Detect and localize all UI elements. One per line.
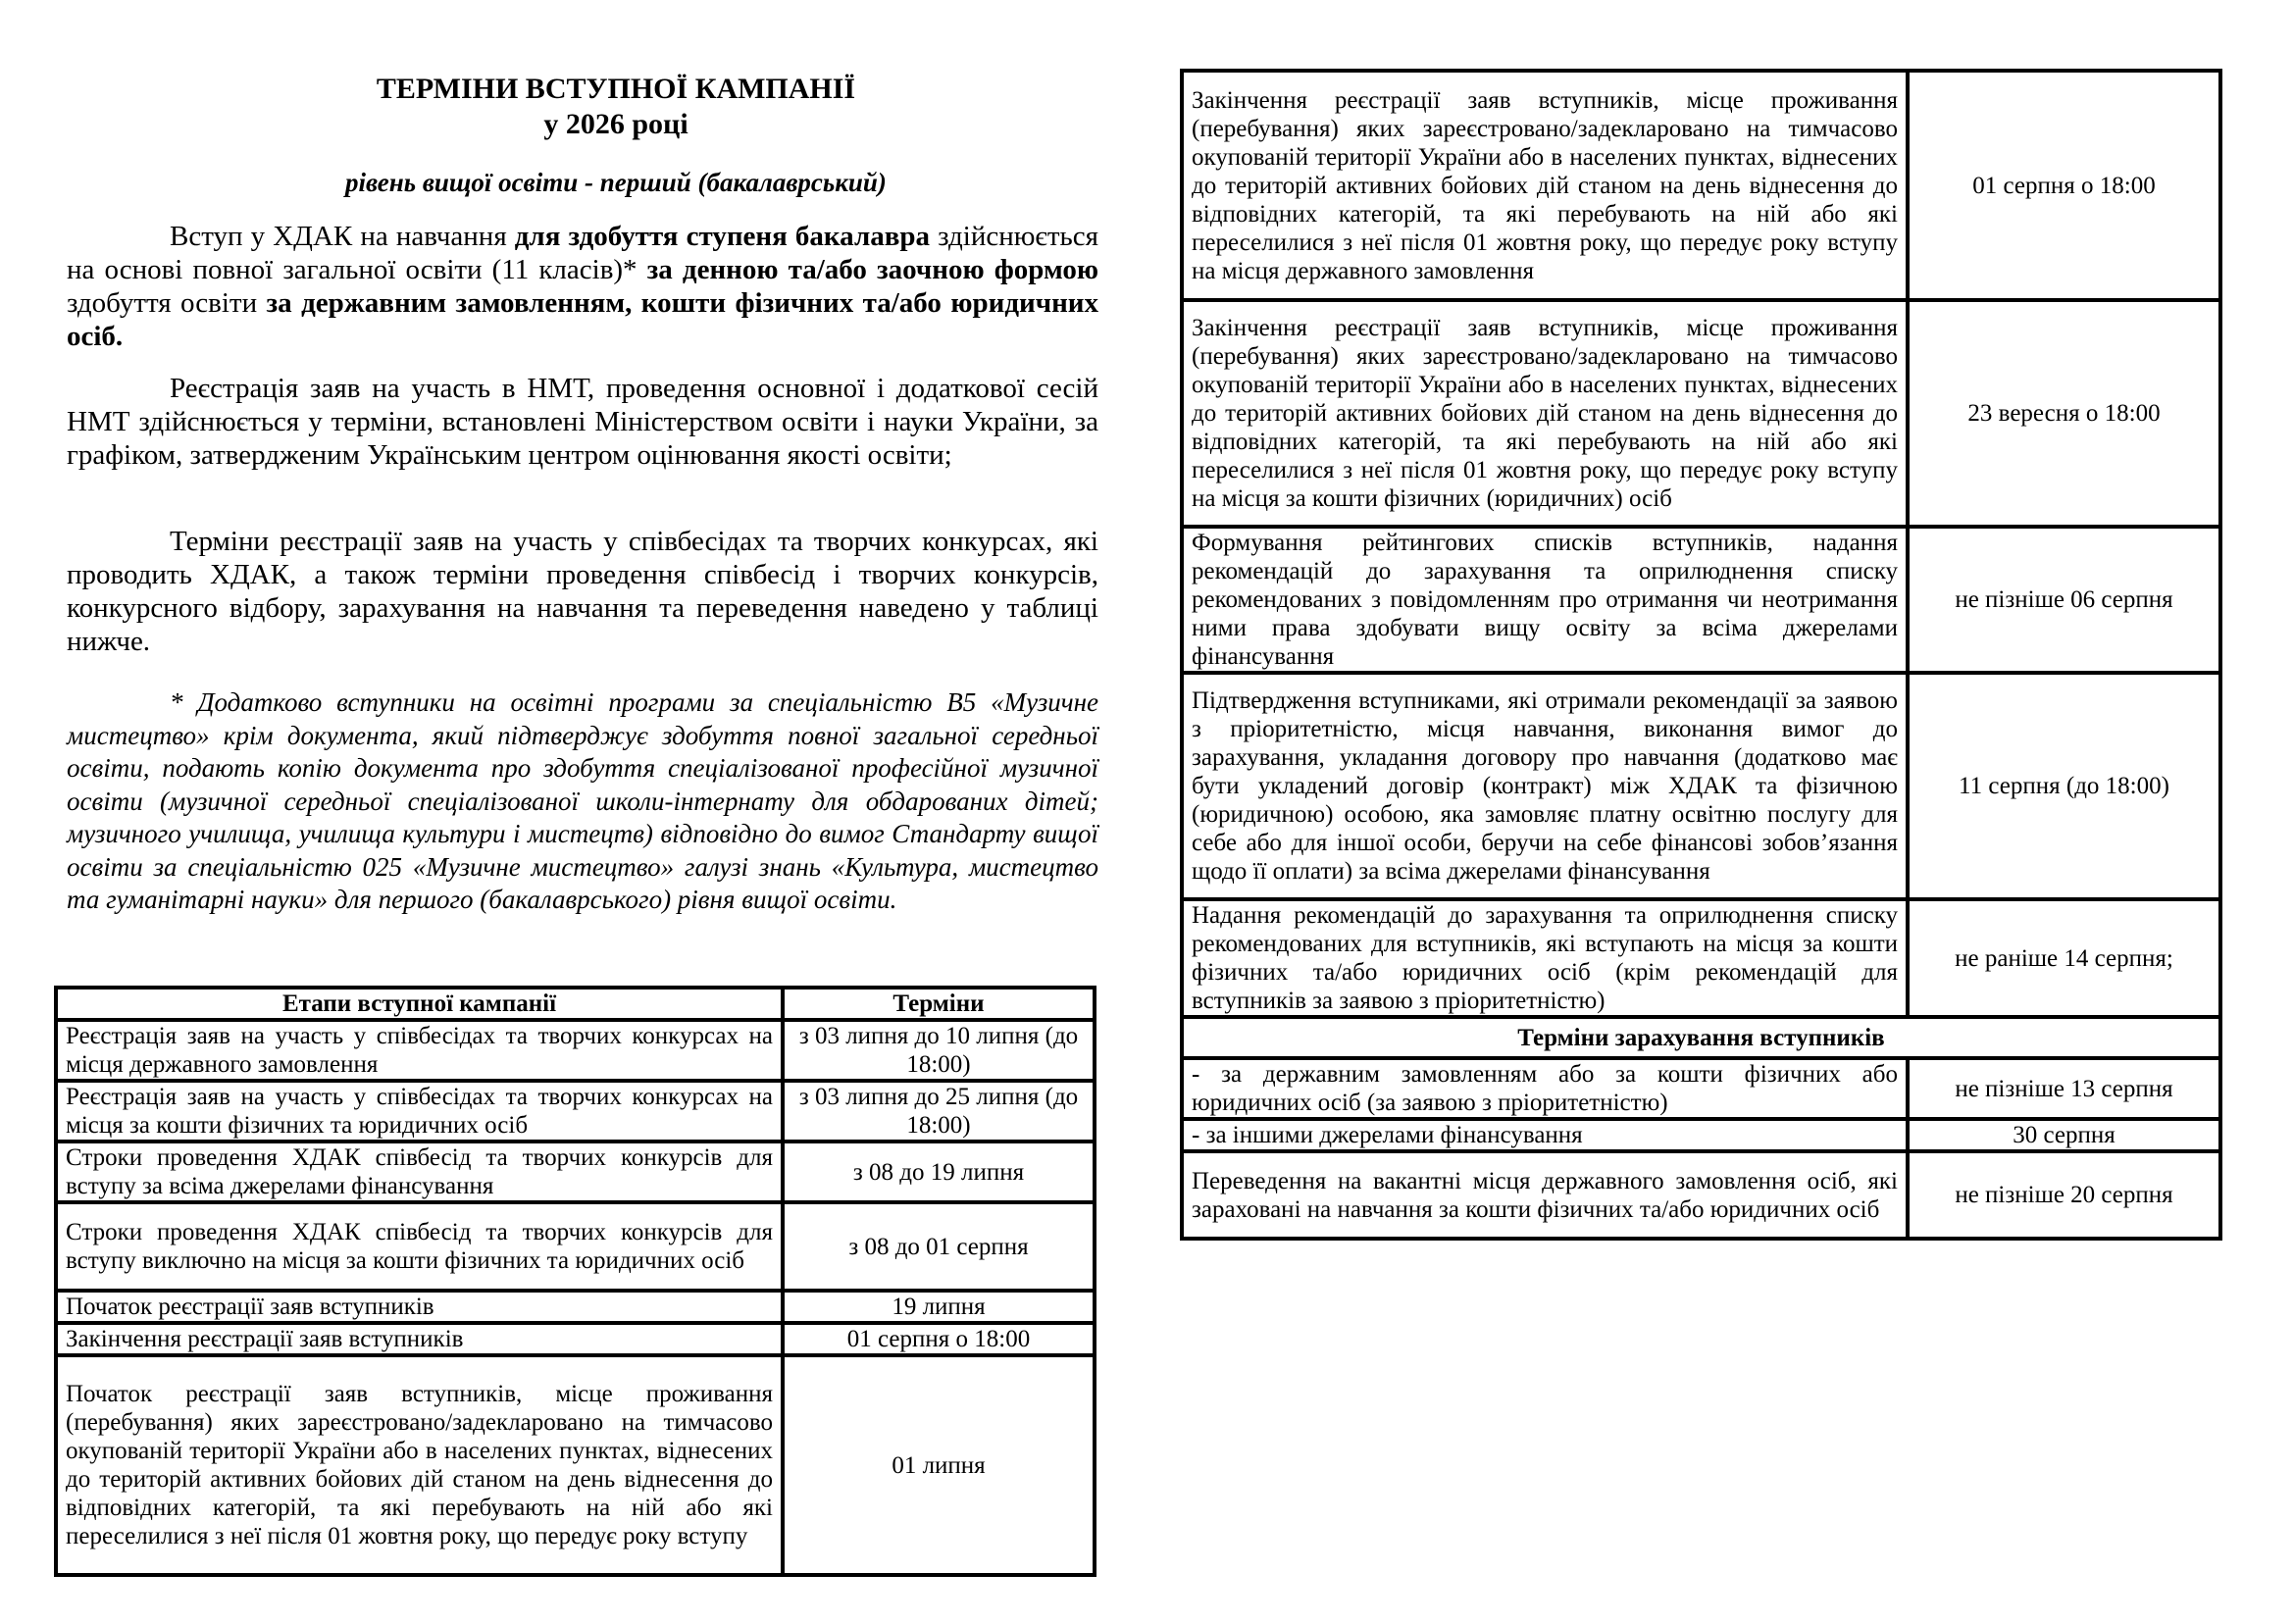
stage-cell: Формування рейтингових списків вступникі… (1182, 527, 1908, 673)
term-cell: 01 серпня о 18:00 (783, 1323, 1095, 1355)
admission-stages-table: Етапи вступної кампанії Терміни Реєстрац… (54, 986, 1096, 1577)
term-cell: з 03 липня до 25 липня (до 18:00) (783, 1081, 1095, 1142)
term-cell: не раніше 14 серпня; (1908, 899, 2220, 1017)
document-title-year: у 2026 році (67, 108, 1165, 141)
footnote: * Додатково вступники на освітні програм… (67, 686, 1098, 917)
stage-cell: - за державним замовленням або за кошти … (1182, 1058, 1908, 1119)
stage-cell: - за іншими джерелами фінансування (1182, 1119, 1908, 1151)
stage-cell: Підтвердження вступниками, які отримали … (1182, 673, 1908, 899)
admission-stages-table-continued: Закінчення реєстрації заяв вступників, м… (1180, 69, 2222, 1241)
table-row: Переведення на вакантні місця державного… (1182, 1151, 2220, 1239)
table-header-row: Етапи вступної кампанії Терміни (56, 988, 1095, 1020)
table-row: Початок реєстрації заяв вступників, місц… (56, 1355, 1095, 1575)
stage-cell: Надання рекомендацій до зарахування та о… (1182, 899, 1908, 1017)
term-cell: 11 серпня (до 18:00) (1908, 673, 2220, 899)
stage-cell: Початок реєстрації заяв вступників (56, 1291, 783, 1323)
table-row: Надання рекомендацій до зарахування та о… (1182, 899, 2220, 1017)
term-cell: 01 серпня о 18:00 (1908, 71, 2220, 300)
stage-cell: Строки проведення ХДАК співбесід та твор… (56, 1142, 783, 1202)
footnote-text: * Додатково вступники на освітні програм… (67, 686, 1098, 917)
nmt-paragraph: Реєстрація заяв на участь в НМТ, проведе… (67, 372, 1098, 472)
table-row: Підтвердження вступниками, які отримали … (1182, 673, 2220, 899)
term-cell: 01 липня (783, 1355, 1095, 1575)
term-cell: 19 липня (783, 1291, 1095, 1323)
table-row: Строки проведення ХДАК співбесід та твор… (56, 1142, 1095, 1202)
term-cell: 23 вересня о 18:00 (1908, 300, 2220, 527)
table-row: Закінчення реєстрації заяв вступників01 … (56, 1323, 1095, 1355)
stage-cell: Переведення на вакантні місця державного… (1182, 1151, 1908, 1239)
table-row: Формування рейтингових списків вступникі… (1182, 527, 2220, 673)
term-cell: з 03 липня до 10 липня (до 18:00) (783, 1020, 1095, 1081)
terms-text: Терміни реєстрації заяв на участь у спів… (67, 525, 1098, 658)
table-row: Строки проведення ХДАК співбесід та твор… (56, 1202, 1095, 1291)
term-cell: з 08 до 19 липня (783, 1142, 1095, 1202)
stage-cell: Реєстрація заяв на участь у співбесідах … (56, 1020, 783, 1081)
document-title: ТЕРМІНИ ВСТУПНОЇ КАМПАНІЇ (67, 73, 1165, 106)
term-cell: з 08 до 01 серпня (783, 1202, 1095, 1291)
table-row: Закінчення реєстрації заяв вступників, м… (1182, 300, 2220, 527)
intro-bold-2: за денною та/або заочною формою (647, 254, 1098, 285)
term-cell: не пізніше 06 серпня (1908, 527, 2220, 673)
table-row: Закінчення реєстрації заяв вступників, м… (1182, 71, 2220, 300)
term-cell: 30 серпня (1908, 1119, 2220, 1151)
nmt-text: Реєстрація заяв на участь в НМТ, проведе… (67, 372, 1098, 472)
enrollment-section-title: Терміни зарахування вступників (1182, 1017, 2220, 1058)
terms-paragraph: Терміни реєстрації заяв на участь у спів… (67, 525, 1098, 658)
intro-text-1: Вступ у ХДАК на навчання (170, 221, 515, 252)
intro-bold-1: для здобуття ступеня бакалавра (515, 221, 930, 252)
table-row: Початок реєстрації заяв вступників19 лип… (56, 1291, 1095, 1323)
section-header-row: Терміни зарахування вступників (1182, 1017, 2220, 1058)
stage-cell: Реєстрація заяв на участь у співбесідах … (56, 1081, 783, 1142)
term-cell: не пізніше 13 серпня (1908, 1058, 2220, 1119)
stage-cell: Закінчення реєстрації заяв вступників (56, 1323, 783, 1355)
document-subtitle: рівень вищої освіти - перший (бакалаврсь… (67, 167, 1165, 198)
stage-cell: Строки проведення ХДАК співбесід та твор… (56, 1202, 783, 1291)
column-header-stages: Етапи вступної кампанії (56, 988, 783, 1020)
table-row: - за державним замовленням або за кошти … (1182, 1058, 2220, 1119)
intro-text-3: здобуття освіти (67, 287, 267, 319)
term-cell: не пізніше 20 серпня (1908, 1151, 2220, 1239)
stage-cell: Початок реєстрації заяв вступників, місц… (56, 1355, 783, 1575)
stage-cell: Закінчення реєстрації заяв вступників, м… (1182, 71, 1908, 300)
intro-paragraph: Вступ у ХДАК на навчання для здобуття ст… (67, 220, 1098, 353)
column-header-terms: Терміни (783, 988, 1095, 1020)
table-row: - за іншими джерелами фінансування30 сер… (1182, 1119, 2220, 1151)
stage-cell: Закінчення реєстрації заяв вступників, м… (1182, 300, 1908, 527)
table-row: Реєстрація заяв на участь у співбесідах … (56, 1081, 1095, 1142)
table-row: Реєстрація заяв на участь у співбесідах … (56, 1020, 1095, 1081)
